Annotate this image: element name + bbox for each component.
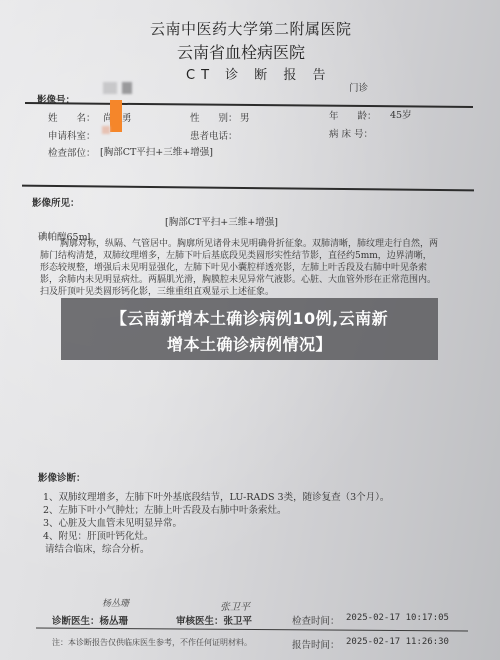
exam-time-value: 2025-02-17 10:17:05: [346, 613, 449, 623]
hospital-alias: 云南省血栓病医院: [177, 40, 305, 63]
findings-label: 影像所见：: [32, 195, 80, 209]
redacted-image-no-2: [122, 82, 132, 94]
diagnosis-item-4: 4、附见：肝顶叶钙化灶。: [43, 531, 154, 544]
age-label: 年 龄：: [329, 108, 377, 122]
report-title: CT 诊 断 报 告: [186, 64, 332, 83]
report-time-value: 2025-02-17 11:26:30: [346, 637, 449, 647]
diag-doctor-signature: 杨丛珊: [102, 596, 129, 609]
report-time-label: 报告时间：: [292, 637, 340, 651]
phone-label: 患者电话：: [190, 128, 238, 142]
hospital-name: 云南中医药大学第二附属医院: [150, 18, 352, 39]
redacted-dept: [102, 126, 110, 134]
ct-report-paper: 云南中医药大学第二附属医院 云南省血栓病医院 CT 诊 断 报 告 门诊 影像号…: [0, 0, 500, 660]
footer-divider: [36, 627, 468, 631]
redacted-image-no: [103, 82, 117, 94]
gender-label: 性 别：: [190, 110, 238, 124]
exam-part-label: 检查部位：: [48, 145, 96, 159]
caption-overlay: 【云南新增本土确诊病例10例,云南新 增本土确诊病例情况】: [61, 298, 438, 360]
bed-label: 病 床 号：: [329, 126, 373, 140]
disclaimer-note: 注：本诊断报告仅供临床医生参考，不作任何证明材料。: [52, 637, 252, 648]
caption-line-2: 增本土确诊病例情况】: [61, 332, 438, 355]
exam-part-value: [胸部CT平扫+三维+增强]: [100, 144, 213, 158]
diagnosis-label: 影像诊断：: [38, 470, 86, 484]
info-divider: [22, 185, 474, 192]
dept-label: 申请科室：: [48, 128, 96, 142]
name-label: 姓 名：: [48, 110, 96, 124]
gender-value: 男: [240, 110, 250, 124]
visit-type: 门诊: [349, 80, 368, 94]
findings-exam-title: [胸部CT平扫+三维+增强]: [165, 214, 278, 228]
age-value: 45岁: [390, 107, 412, 121]
diagnosis-item-3: 3、心脏及大血管未见明显异常。: [43, 518, 182, 531]
diagnosis-item-1: 1、双肺纹理增多，左肺下叶外基底段结节，LU-RADS 3类，随诊复查（3个月）…: [43, 492, 389, 505]
findings-text: 胸廓对称，纵隔、气管居中。胸廓所见诸骨未见明确骨折征象。双肺清晰，肺纹理走行自然…: [40, 238, 440, 298]
exam-time-label: 检查时间：: [292, 613, 340, 627]
caption-line-1: 【云南新增本土确诊病例10例,云南新: [61, 306, 438, 329]
review-doctor-signature: 张卫平: [220, 598, 250, 613]
diagnosis-item-2: 2、左肺下叶小气肿灶；左肺上叶舌段及右肺中叶条索灶。: [43, 505, 287, 518]
diag-doctor: 诊断医生：杨丛珊: [52, 613, 128, 627]
diagnosis-advice: 请结合临床，综合分析。: [45, 544, 150, 557]
redaction-mask: [110, 100, 122, 132]
review-doctor: 审核医生：张卫平: [176, 613, 252, 627]
